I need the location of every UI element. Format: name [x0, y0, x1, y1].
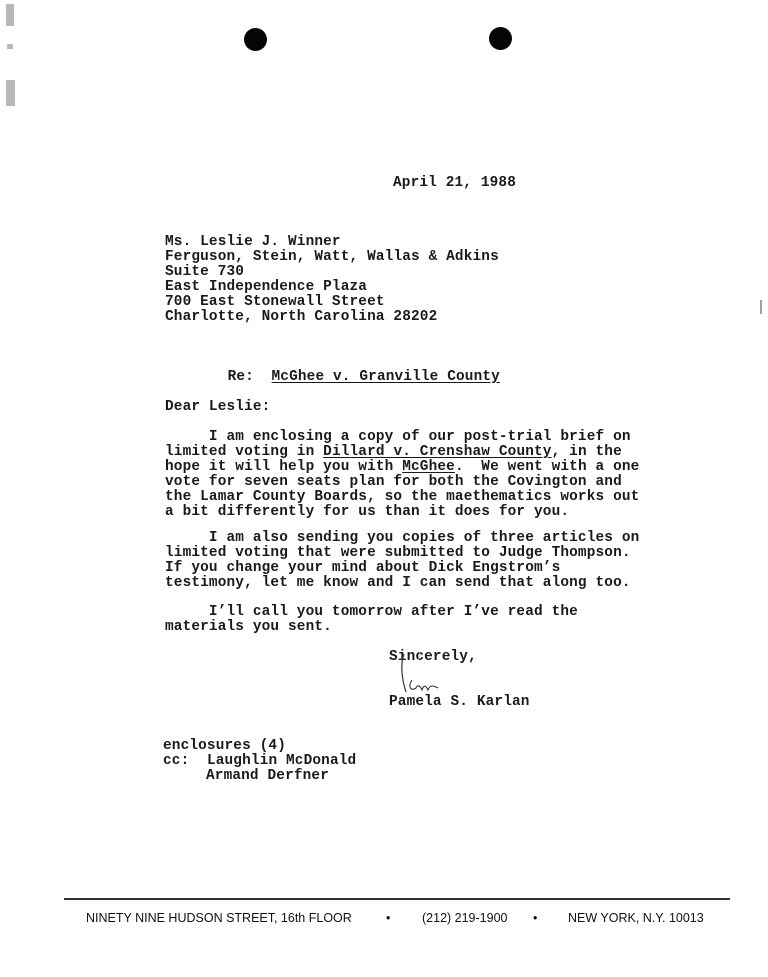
footer-divider [64, 898, 730, 900]
scan-artifact [7, 44, 13, 49]
scan-artifact [6, 80, 15, 106]
cc-recipient: Laughlin McDonald [207, 753, 356, 769]
p2-line: I am also sending you copies of three ar… [165, 531, 639, 546]
case-citation: McGhee [402, 459, 455, 475]
p2-line: testimony, let me know and I can send th… [165, 576, 631, 591]
enclosures-note: enclosures (4) [163, 739, 286, 754]
p2-line: limited voting that were submitted to Ju… [165, 546, 631, 561]
p1-line: vote for seven seats plan for both the C… [165, 475, 622, 490]
recipient-building: East Independence Plaza [165, 280, 367, 295]
cc-line: cc: Laughlin McDonald [163, 754, 356, 769]
p2-line: If you change your mind about Dick Engst… [165, 561, 560, 576]
p3-line: I’ll call you tomorrow after I’ve read t… [165, 605, 578, 620]
recipient-firm: Ferguson, Stein, Watt, Wallas & Adkins [165, 250, 499, 265]
re-label: Re: [228, 369, 254, 385]
footer-city: NEW YORK, N.Y. 10013 [568, 911, 704, 925]
scan-artifact [760, 300, 762, 314]
recipient-street: 700 East Stonewall Street [165, 295, 385, 310]
footer-address: NINETY NINE HUDSON STREET, 16th FLOOR [86, 911, 352, 925]
footer-bullet: • [386, 911, 390, 925]
footer-phone: (212) 219-1900 [422, 911, 507, 925]
p1-line: limited voting in Dillard v. Crenshaw Co… [165, 445, 622, 460]
re-line: Re: McGhee v. Granville County [210, 355, 500, 385]
cc-recipient: Armand Derfner [206, 769, 329, 784]
case-citation: Dillard v. Crenshaw County [323, 444, 551, 460]
p1-line: I am enclosing a copy of our post-trial … [165, 430, 631, 445]
punch-hole-left [244, 28, 267, 51]
p1-line: a bit differently for us than it does fo… [165, 505, 569, 520]
recipient-suite: Suite 730 [165, 265, 244, 280]
cc-label: cc: [163, 753, 189, 769]
p1-line: the Lamar County Boards, so the maethema… [165, 490, 639, 505]
footer-bullet: • [533, 911, 537, 925]
recipient-name: Ms. Leslie J. Winner [165, 235, 341, 250]
re-case-title: McGhee v. Granville County [272, 369, 500, 385]
letter-date: April 21, 1988 [393, 176, 516, 191]
punch-hole-right [489, 27, 512, 50]
p3-line: materials you sent. [165, 620, 332, 635]
scan-artifact [6, 4, 14, 26]
p1-line: hope it will help you with McGhee. We we… [165, 460, 639, 475]
signer-name: Pamela S. Karlan [389, 695, 530, 710]
salutation: Dear Leslie: [165, 400, 270, 415]
recipient-city: Charlotte, North Carolina 28202 [165, 310, 437, 325]
